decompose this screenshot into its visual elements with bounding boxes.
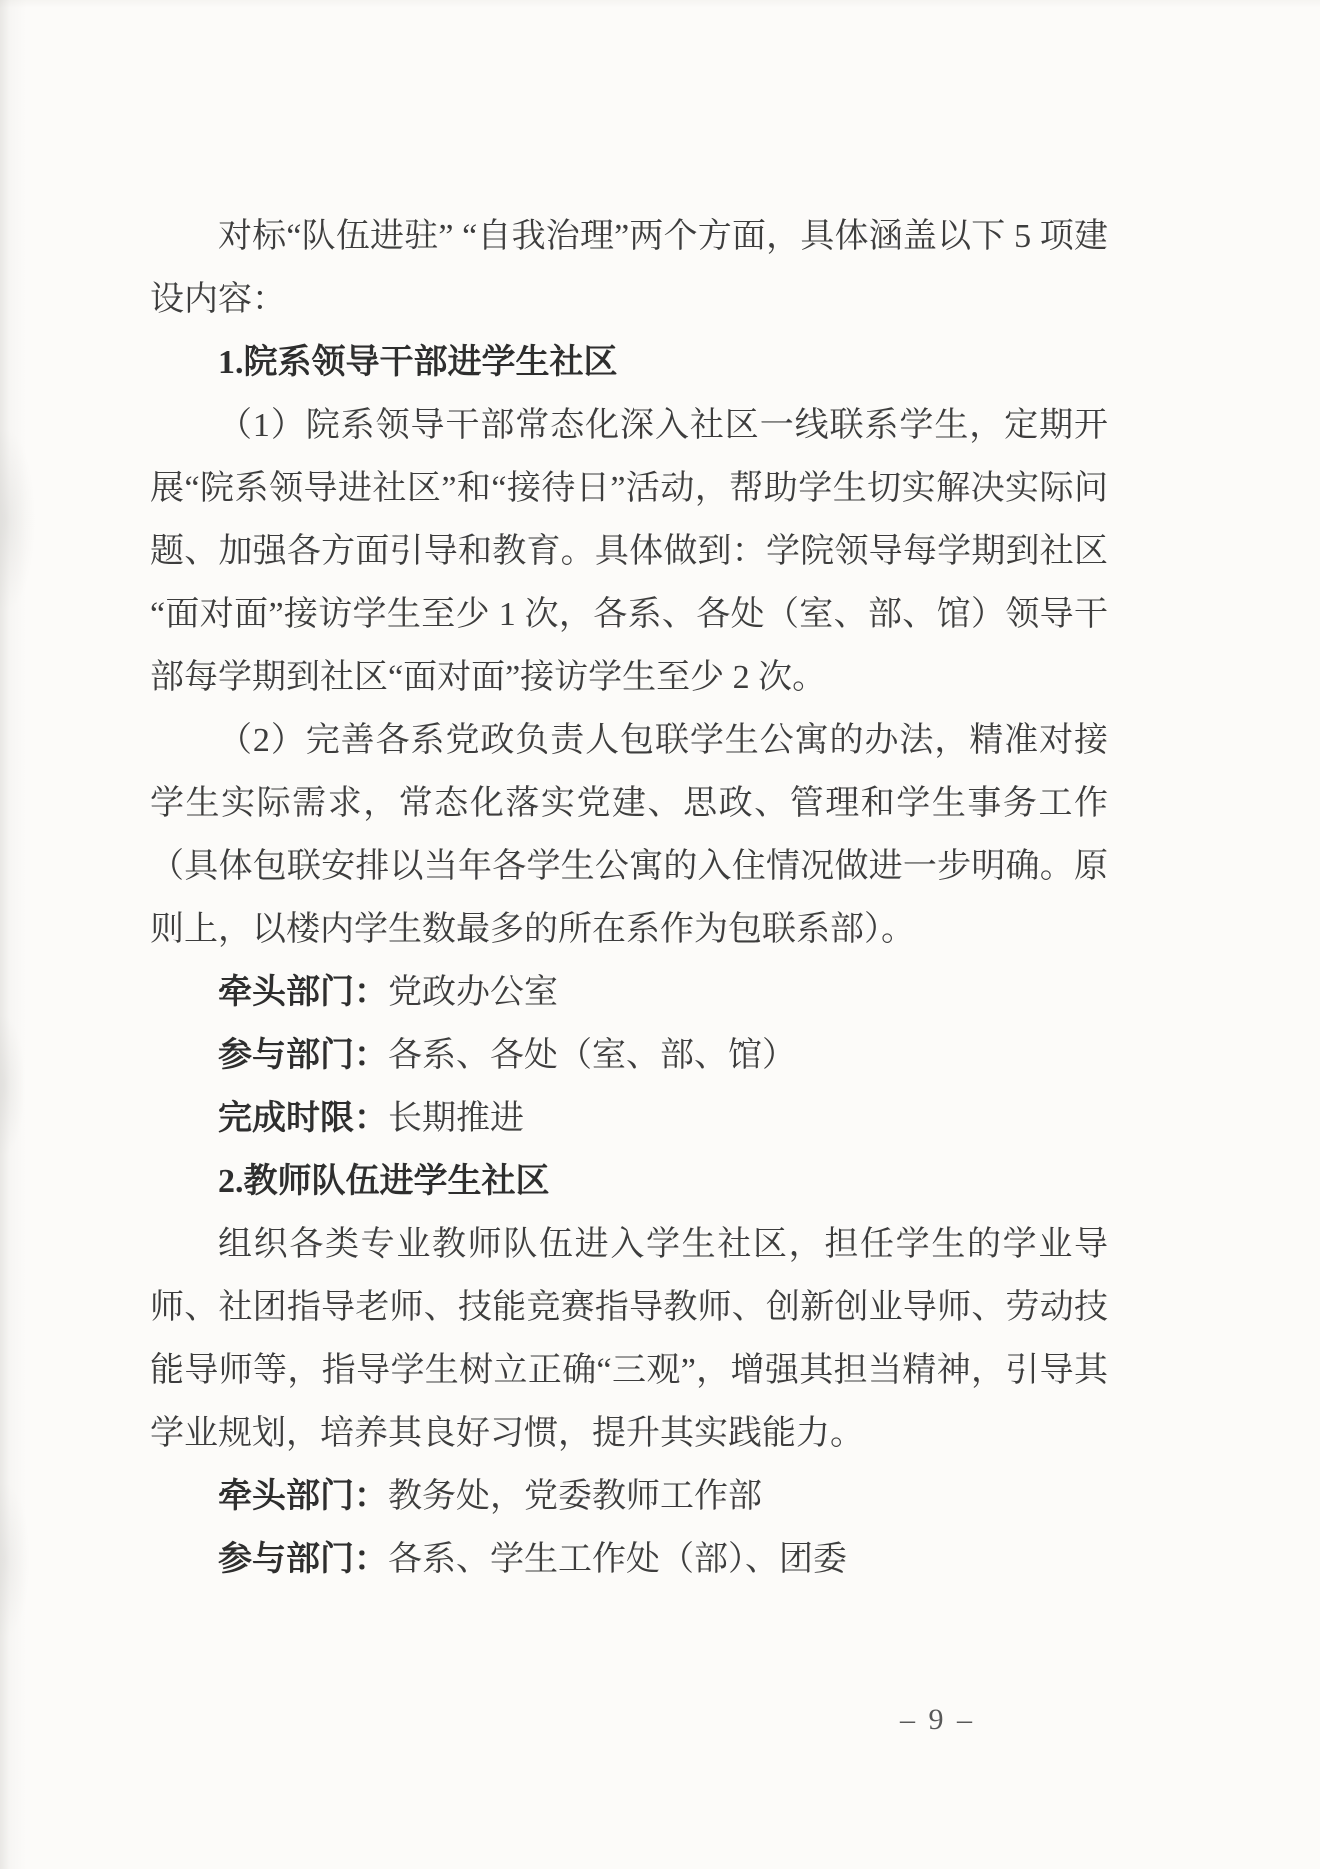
section-2-lead-department-line: 牵头部门：教务处，党委教师工作部 bbox=[150, 1465, 1108, 1528]
section-2-heading: 2.教师队伍进学生社区 bbox=[150, 1150, 1108, 1213]
participating-departments-label: 参与部门： bbox=[218, 1037, 388, 1074]
section-2-body: 组织各类专业教师队伍进入学生社区，担任学生的学业导师、社团指导老师、技能竞赛指导… bbox=[150, 1213, 1108, 1465]
lead-department-value: 教务处，党委教师工作部 bbox=[388, 1478, 762, 1515]
section-1-item-1: （1）院系领导干部常态化深入社区一线联系学生，定期开展“院系领导进社区”和“接待… bbox=[150, 394, 1108, 709]
page-number: – 9 – bbox=[900, 1703, 975, 1737]
section-1-item-2: （2）完善各系党政负责人包联学生公寓的办法，精准对接学生实际需求，常态化落实党建… bbox=[150, 709, 1108, 961]
section-1-heading: 1.院系领导干部进学生社区 bbox=[150, 331, 1108, 394]
lead-department-label: 牵头部门： bbox=[218, 1478, 388, 1515]
section-1-participating-departments-line: 参与部门：各系、各处（室、部、馆） bbox=[150, 1024, 1108, 1087]
document-body: 对标“队伍进驻” “自我治理”两个方面，具体涵盖以下 5 项建设内容： 1.院系… bbox=[150, 205, 1108, 1591]
section-1-deadline-line: 完成时限：长期推进 bbox=[150, 1087, 1108, 1150]
lead-department-value: 党政办公室 bbox=[388, 974, 558, 1011]
intro-paragraph: 对标“队伍进驻” “自我治理”两个方面，具体涵盖以下 5 项建设内容： bbox=[150, 205, 1108, 331]
section-1-lead-department-line: 牵头部门：党政办公室 bbox=[150, 961, 1108, 1024]
lead-department-label: 牵头部门： bbox=[218, 974, 388, 1011]
deadline-value: 长期推进 bbox=[388, 1100, 524, 1137]
participating-departments-label: 参与部门： bbox=[218, 1541, 388, 1578]
participating-departments-value: 各系、学生工作处（部）、团委 bbox=[388, 1541, 847, 1578]
section-2-participating-departments-line: 参与部门：各系、学生工作处（部）、团委 bbox=[150, 1528, 1108, 1591]
deadline-label: 完成时限： bbox=[218, 1100, 388, 1137]
participating-departments-value: 各系、各处（室、部、馆） bbox=[388, 1037, 796, 1074]
